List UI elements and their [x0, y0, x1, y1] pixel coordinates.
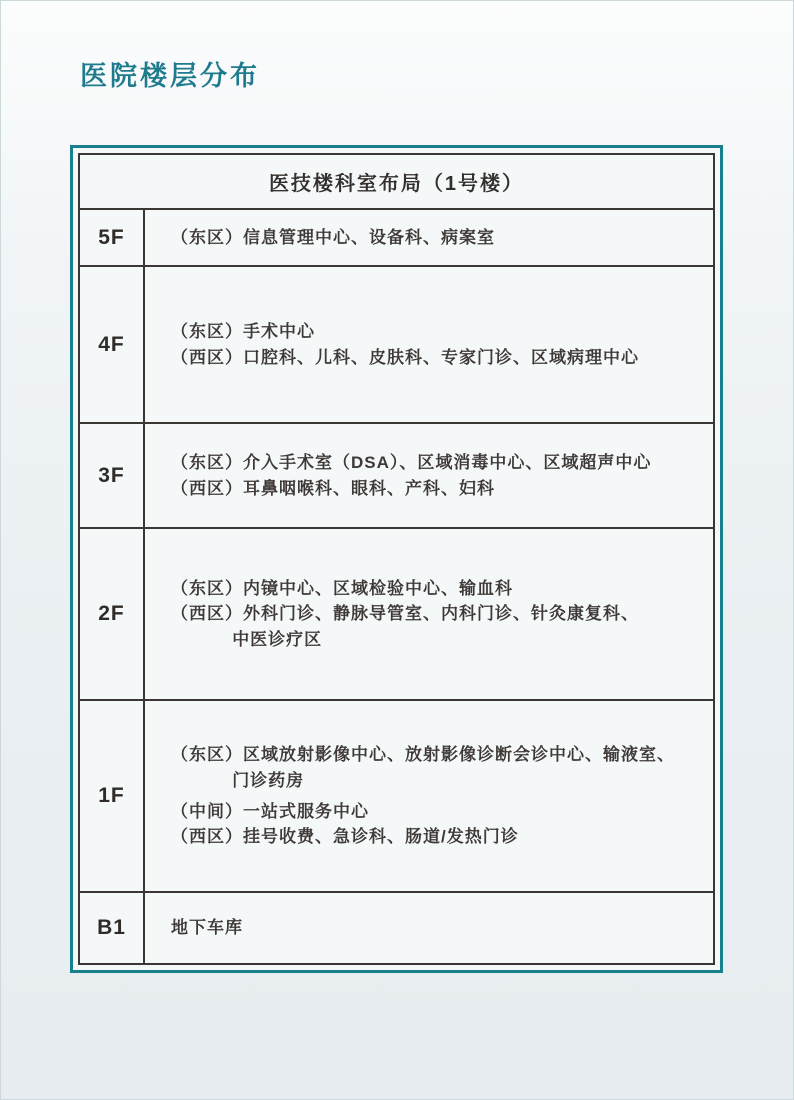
table-row: 2F （东区）内镜中心、区域检验中心、输血科 （西区）外科门诊、静脉导管室、内科…	[80, 527, 713, 699]
department-line: （东区）信息管理中心、设备科、病案室	[171, 226, 701, 249]
department-text: 区域放射影像中心、放射影像诊断会诊中心、输液室、	[243, 743, 675, 766]
department-line-continuation: 门诊药房	[171, 769, 701, 792]
table-frame: 医技楼科室布局（1号楼） 5F （东区）信息管理中心、设备科、病案室 4F （东…	[70, 145, 723, 973]
zone-prefix: （东区）	[171, 320, 243, 343]
department-line: （东区）内镜中心、区域检验中心、输血科	[171, 577, 701, 600]
table-row: 3F （东区）介入手术室（DSA）、区域消毒中心、区域超声中心 （西区）耳鼻咽喉…	[80, 422, 713, 527]
table-row: 1F （东区）区域放射影像中心、放射影像诊断会诊中心、输液室、 门诊药房 （中间…	[80, 699, 713, 891]
table-row: B1 地下车库	[80, 891, 713, 963]
floor-table: 医技楼科室布局（1号楼） 5F （东区）信息管理中心、设备科、病案室 4F （东…	[78, 153, 715, 965]
department-text: 口腔科、儿科、皮肤科、专家门诊、区域病理中心	[243, 346, 639, 369]
department-line: （东区）介入手术室（DSA）、区域消毒中心、区域超声中心	[171, 451, 701, 474]
department-line: （西区）挂号收费、急诊科、肠道/发热门诊	[171, 825, 701, 848]
zone-prefix: （东区）	[171, 743, 243, 766]
zone-prefix: （西区）	[171, 602, 243, 625]
floor-departments: （东区）手术中心 （西区）口腔科、儿科、皮肤科、专家门诊、区域病理中心	[145, 267, 713, 422]
floor-label: B1	[80, 893, 145, 963]
floor-departments: 地下车库	[145, 893, 713, 963]
page-title: 医院楼层分布	[80, 54, 260, 93]
department-text: 地下车库	[171, 916, 243, 939]
department-line: （西区）耳鼻咽喉科、眼科、产科、妇科	[171, 477, 701, 500]
zone-prefix: （东区）	[171, 451, 243, 474]
zone-prefix: （东区）	[171, 577, 243, 600]
zone-prefix: （西区）	[171, 825, 243, 848]
department-text: 门诊药房	[232, 769, 304, 792]
poster-page: { "page": { "title": "医院楼层分布" }, "colors…	[0, 0, 794, 1100]
floor-departments: （东区）内镜中心、区域检验中心、输血科 （西区）外科门诊、静脉导管室、内科门诊、…	[145, 529, 713, 699]
department-line: 地下车库	[171, 916, 701, 939]
floor-label: 2F	[80, 529, 145, 699]
department-text: 中医诊疗区	[232, 628, 322, 651]
department-text: 一站式服务中心	[243, 800, 369, 823]
floor-label: 4F	[80, 267, 145, 422]
department-line: （东区）手术中心	[171, 320, 701, 343]
department-line: （西区）口腔科、儿科、皮肤科、专家门诊、区域病理中心	[171, 346, 701, 369]
department-line: （东区）区域放射影像中心、放射影像诊断会诊中心、输液室、	[171, 743, 701, 766]
department-text: 挂号收费、急诊科、肠道/发热门诊	[243, 825, 519, 848]
department-text: 外科门诊、静脉导管室、内科门诊、针灸康复科、	[243, 602, 639, 625]
department-text: 手术中心	[243, 320, 315, 343]
department-line: （西区）外科门诊、静脉导管室、内科门诊、针灸康复科、	[171, 602, 701, 625]
floor-label: 3F	[80, 424, 145, 527]
zone-prefix: （西区）	[171, 477, 243, 500]
department-text: 介入手术室（DSA）、区域消毒中心、区域超声中心	[243, 451, 651, 474]
table-row: 5F （东区）信息管理中心、设备科、病案室	[80, 208, 713, 265]
department-line-continuation: 中医诊疗区	[171, 628, 701, 651]
department-text: 信息管理中心、设备科、病案室	[243, 226, 495, 249]
floor-departments: （东区）区域放射影像中心、放射影像诊断会诊中心、输液室、 门诊药房 （中间）一站…	[145, 701, 713, 891]
floor-departments: （东区）信息管理中心、设备科、病案室	[145, 210, 713, 265]
department-text: 耳鼻咽喉科、眼科、产科、妇科	[243, 477, 495, 500]
zone-prefix: （东区）	[171, 226, 243, 249]
floor-label: 1F	[80, 701, 145, 891]
zone-prefix: （中间）	[171, 800, 243, 823]
table-row: 4F （东区）手术中心 （西区）口腔科、儿科、皮肤科、专家门诊、区域病理中心	[80, 265, 713, 422]
table-header-title: 医技楼科室布局（1号楼）	[80, 167, 713, 196]
floor-label: 5F	[80, 210, 145, 265]
zone-prefix: （西区）	[171, 346, 243, 369]
floor-departments: （东区）介入手术室（DSA）、区域消毒中心、区域超声中心 （西区）耳鼻咽喉科、眼…	[145, 424, 713, 527]
table-header-row: 医技楼科室布局（1号楼）	[80, 155, 713, 208]
department-text: 内镜中心、区域检验中心、输血科	[243, 577, 513, 600]
department-line: （中间）一站式服务中心	[171, 800, 701, 823]
